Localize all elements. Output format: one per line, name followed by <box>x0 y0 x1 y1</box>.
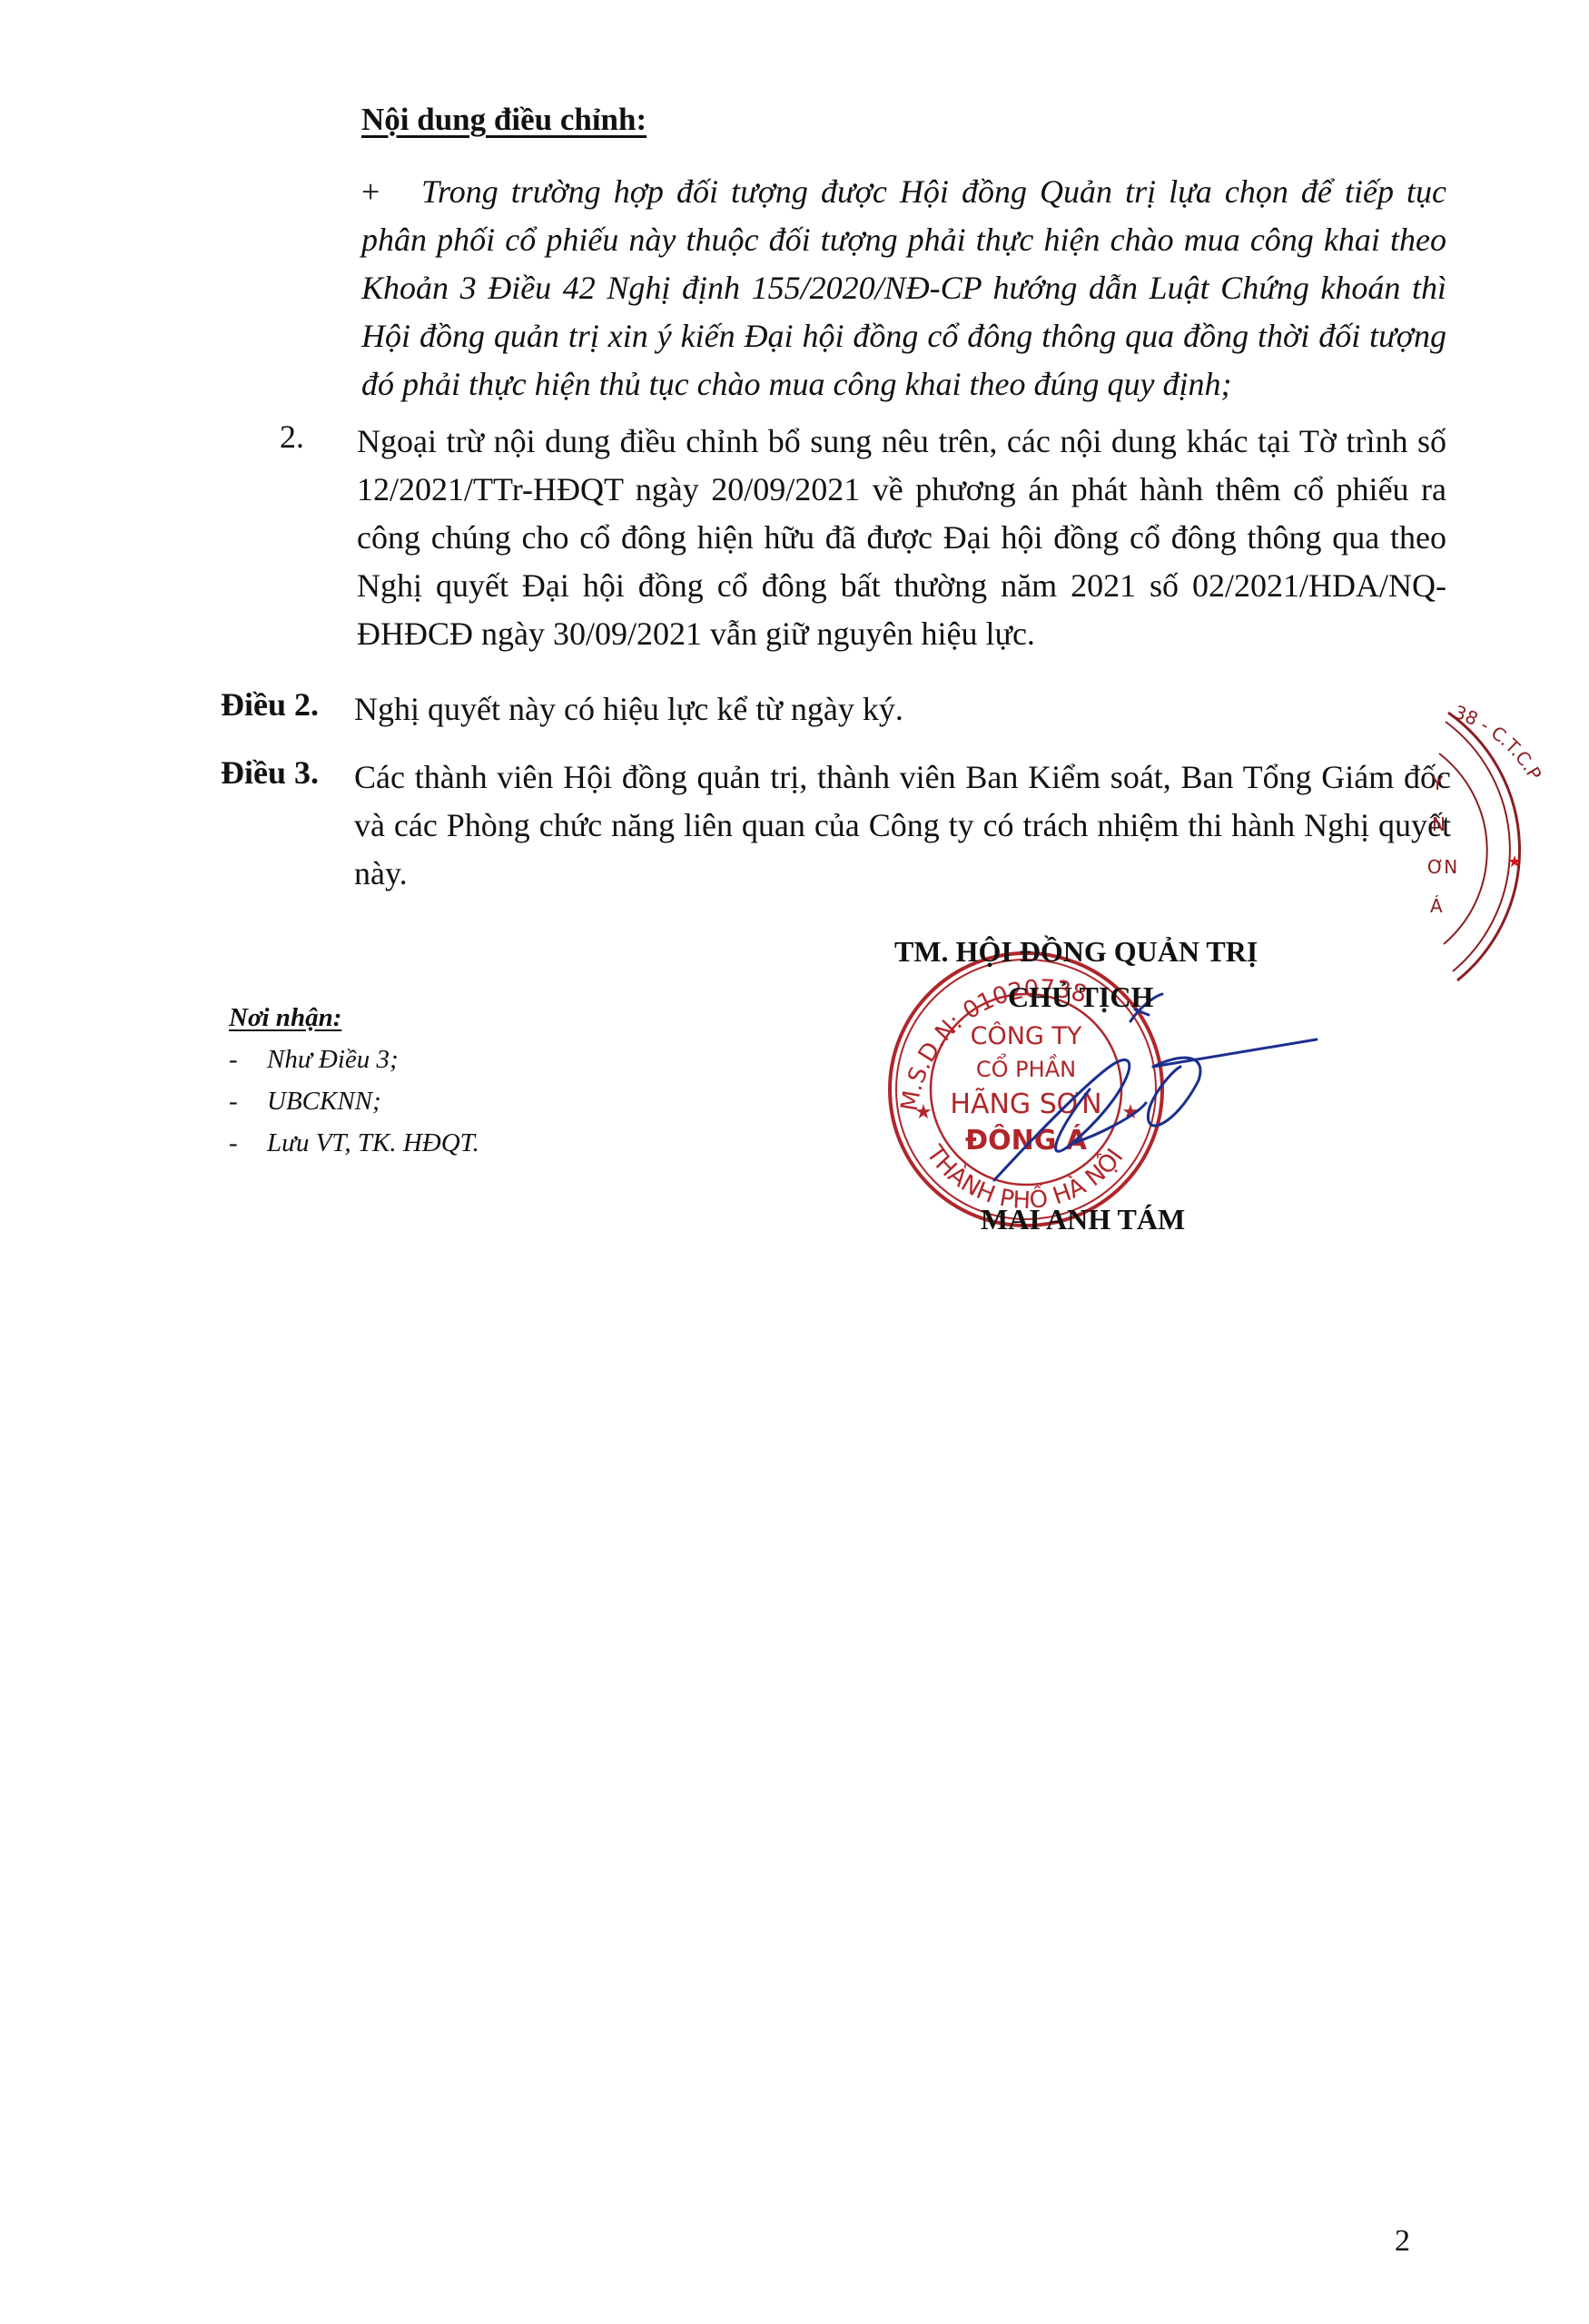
article-3-label: Điều 3. <box>221 753 319 792</box>
edge-stamp <box>1439 713 1520 980</box>
item-2-text: Ngoại trừ nội dung điều chỉnh bổ sung nê… <box>357 418 1446 658</box>
signatory-name: MAI ANH TÁM <box>981 1203 1185 1236</box>
adjustment-text: Trong trường hợp đối tượng được Hội đồng… <box>361 173 1446 402</box>
stamp-star-right: ★ <box>1121 1101 1140 1124</box>
adjustment-paragraph: +Trong trường hợp đối tượng được Hội đồn… <box>361 168 1446 409</box>
recipient-item: -UBCKNN; <box>229 1080 479 1122</box>
stamp-star-left: ★ <box>914 1101 933 1124</box>
signature-title: TM. HỘI ĐỒNG QUẢN TRỊ <box>894 935 1258 969</box>
signature-role: CHỦ TỊCH <box>1008 980 1153 1014</box>
page-number: 2 <box>1395 2224 1410 2259</box>
edge-stamp-ring: 38 - C.T.C.P <box>1451 701 1545 783</box>
item-number-2: 2. <box>280 418 304 456</box>
edge-stamp-frag-4: Á <box>1430 895 1443 917</box>
section-heading: Nội dung điều chỉnh: <box>361 102 646 138</box>
stamp-line-3: HÃNG SƠN <box>950 1088 1101 1120</box>
stamp-line-2: CỔ PHẦN <box>976 1052 1076 1082</box>
stamp-line-4: ĐÔNG Á <box>965 1123 1088 1157</box>
edge-stamp-star: ★ <box>1507 852 1522 871</box>
recipient-item: -Lưu VT, TK. HĐQT. <box>229 1122 479 1164</box>
stamp-line-1: CÔNG TY <box>971 1021 1082 1050</box>
recipient-item: -Như Điều 3; <box>229 1039 479 1080</box>
article-3-text: Các thành viên Hội đồng quản trị, thành … <box>354 753 1451 898</box>
recipients-block: Nơi nhận: -Như Điều 3; -UBCKNN; -Lưu VT,… <box>229 997 479 1164</box>
handwritten-signature <box>994 994 1317 1180</box>
article-2-label: Điều 2. <box>221 685 319 724</box>
bullet-plus: + <box>361 168 421 216</box>
recipients-title: Nơi nhận: <box>229 997 479 1039</box>
article-2-text: Nghị quyết này có hiệu lực kể từ ngày ký… <box>354 685 903 734</box>
